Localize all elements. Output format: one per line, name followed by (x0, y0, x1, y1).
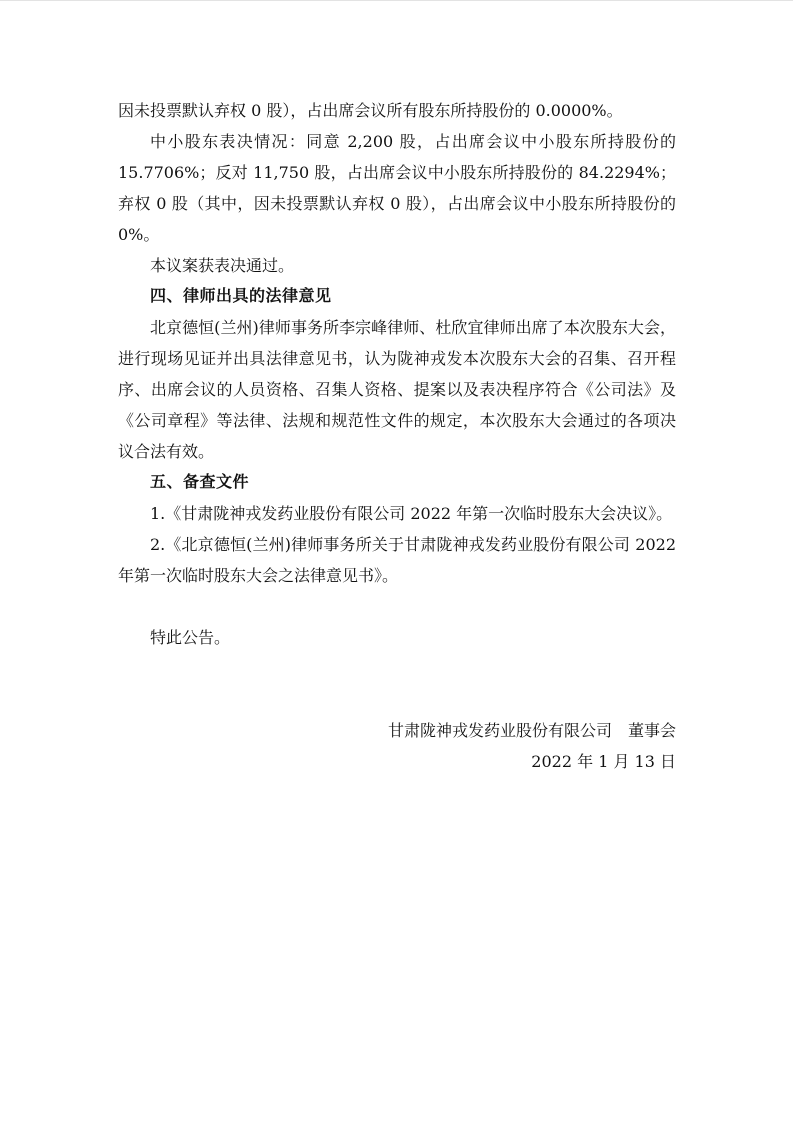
paragraph-legal-opinion: 北京德恒(兰州)律师事务所李宗峰律师、杜欣宜律师出席了本次股东大会，进行现场见证… (118, 312, 676, 467)
closing-announcement-line: 特此公告。 (118, 622, 676, 653)
paragraph-minority-shareholder-vote: 中小股东表决情况：同意 2,200 股，占出席会议中小股东所持股份的 15.77… (118, 126, 676, 250)
section-heading-legal-opinion: 四、律师出具的法律意见 (118, 281, 676, 312)
reference-document-item-1: 1.《甘肃陇神戎发药业股份有限公司 2022 年第一次临时股东大会决议》。 (118, 498, 676, 529)
paragraph-vote-result: 本议案获表决通过。 (118, 250, 676, 281)
signature-company-board: 甘肃陇神戎发药业股份有限公司 董事会 (118, 715, 676, 746)
signature-date: 2022 年 1 月 13 日 (118, 746, 676, 777)
reference-document-item-2: 2.《北京德恒(兰州)律师事务所关于甘肃陇神戎发药业股份有限公司 2022 年第… (118, 529, 676, 591)
document-body: 因未投票默认弃权 0 股），占出席会议所有股东所持股份的 0.0000%。 中小… (118, 95, 676, 777)
document-page: 因未投票默认弃权 0 股），占出席会议所有股东所持股份的 0.0000%。 中小… (0, 0, 793, 1122)
paragraph-continuation: 因未投票默认弃权 0 股），占出席会议所有股东所持股份的 0.0000%。 (118, 95, 676, 126)
section-heading-reference-documents: 五、备查文件 (118, 467, 676, 498)
